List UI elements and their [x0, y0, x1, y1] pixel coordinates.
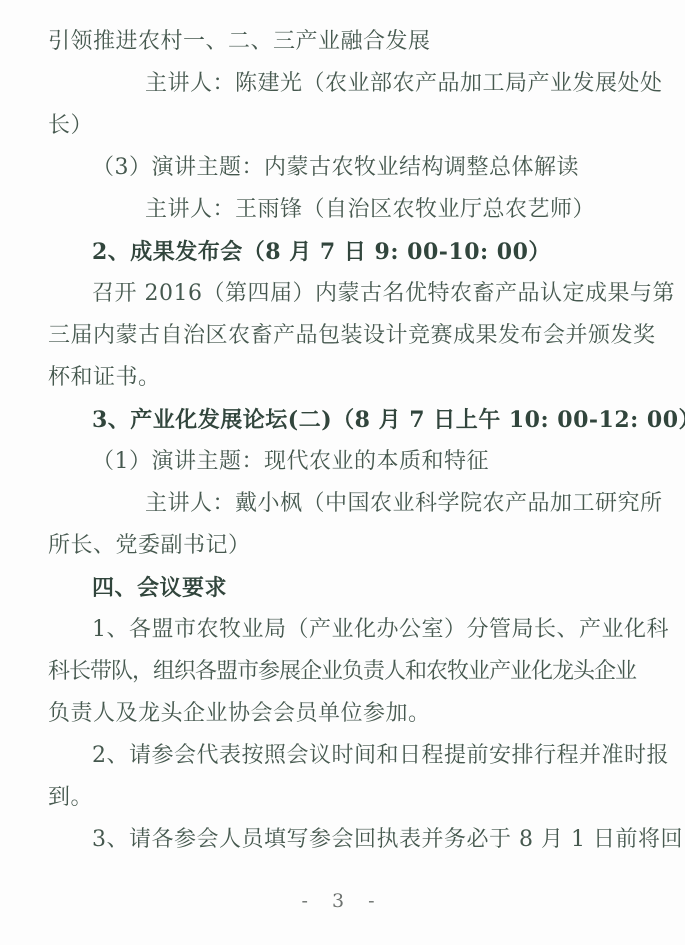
document-line: 所长、党委副书记） — [48, 525, 641, 567]
speaker-line: 主讲人：陈建光（农业部农产品加工局产业发展处处 — [48, 63, 641, 105]
document-line: 科长带队，组织各盟市参展企业负责人和农牧业产业化龙头企业 — [48, 651, 641, 693]
document-line: 3、请各参会人员填写参会回执表并务必于 8 月 1 日前将回 — [48, 819, 641, 861]
section-heading: 3、产业化发展论坛(二)（8 月 7 日上午 10: 00-12: 00） — [48, 399, 641, 441]
document-line: 1、各盟市农牧业局（产业化办公室）分管局长、产业化科 — [48, 609, 641, 651]
document-line: 负责人及龙头企业协会会员单位参加。 — [48, 693, 641, 735]
document-line: 2、请参会代表按照会议时间和日程提前安排行程并准时报 — [48, 735, 641, 777]
section-heading: 四、会议要求 — [48, 567, 641, 609]
document-line: 到。 — [48, 777, 641, 819]
document-line: 召开 2016（第四届）内蒙古名优特农畜产品认定成果与第 — [48, 273, 641, 315]
document-line: 长） — [48, 105, 641, 147]
document-line: 杯和证书。 — [48, 357, 641, 399]
speaker-line: 主讲人：戴小枫（中国农业科学院农产品加工研究所 — [48, 483, 641, 525]
topic-line: （3）演讲主题：内蒙古农牧业结构调整总体解读 — [48, 147, 641, 189]
document-line: 引领推进农村一、二、三产业融合发展 — [48, 21, 641, 63]
page-number: - 3 - — [0, 890, 685, 912]
document-body: 引领推进农村一、二、三产业融合发展 主讲人：陈建光（农业部农产品加工局产业发展处… — [48, 21, 641, 861]
document-line: 三届内蒙古自治区农畜产品包装设计竞赛成果发布会并颁发奖 — [48, 315, 641, 357]
speaker-line: 主讲人：王雨锋（自治区农牧业厅总农艺师） — [48, 189, 641, 231]
topic-line: （1）演讲主题：现代农业的本质和特征 — [48, 441, 641, 483]
section-heading: 2、成果发布会（8 月 7 日 9: 00-10: 00） — [48, 231, 641, 273]
document-page: 引领推进农村一、二、三产业融合发展 主讲人：陈建光（农业部农产品加工局产业发展处… — [0, 0, 685, 945]
